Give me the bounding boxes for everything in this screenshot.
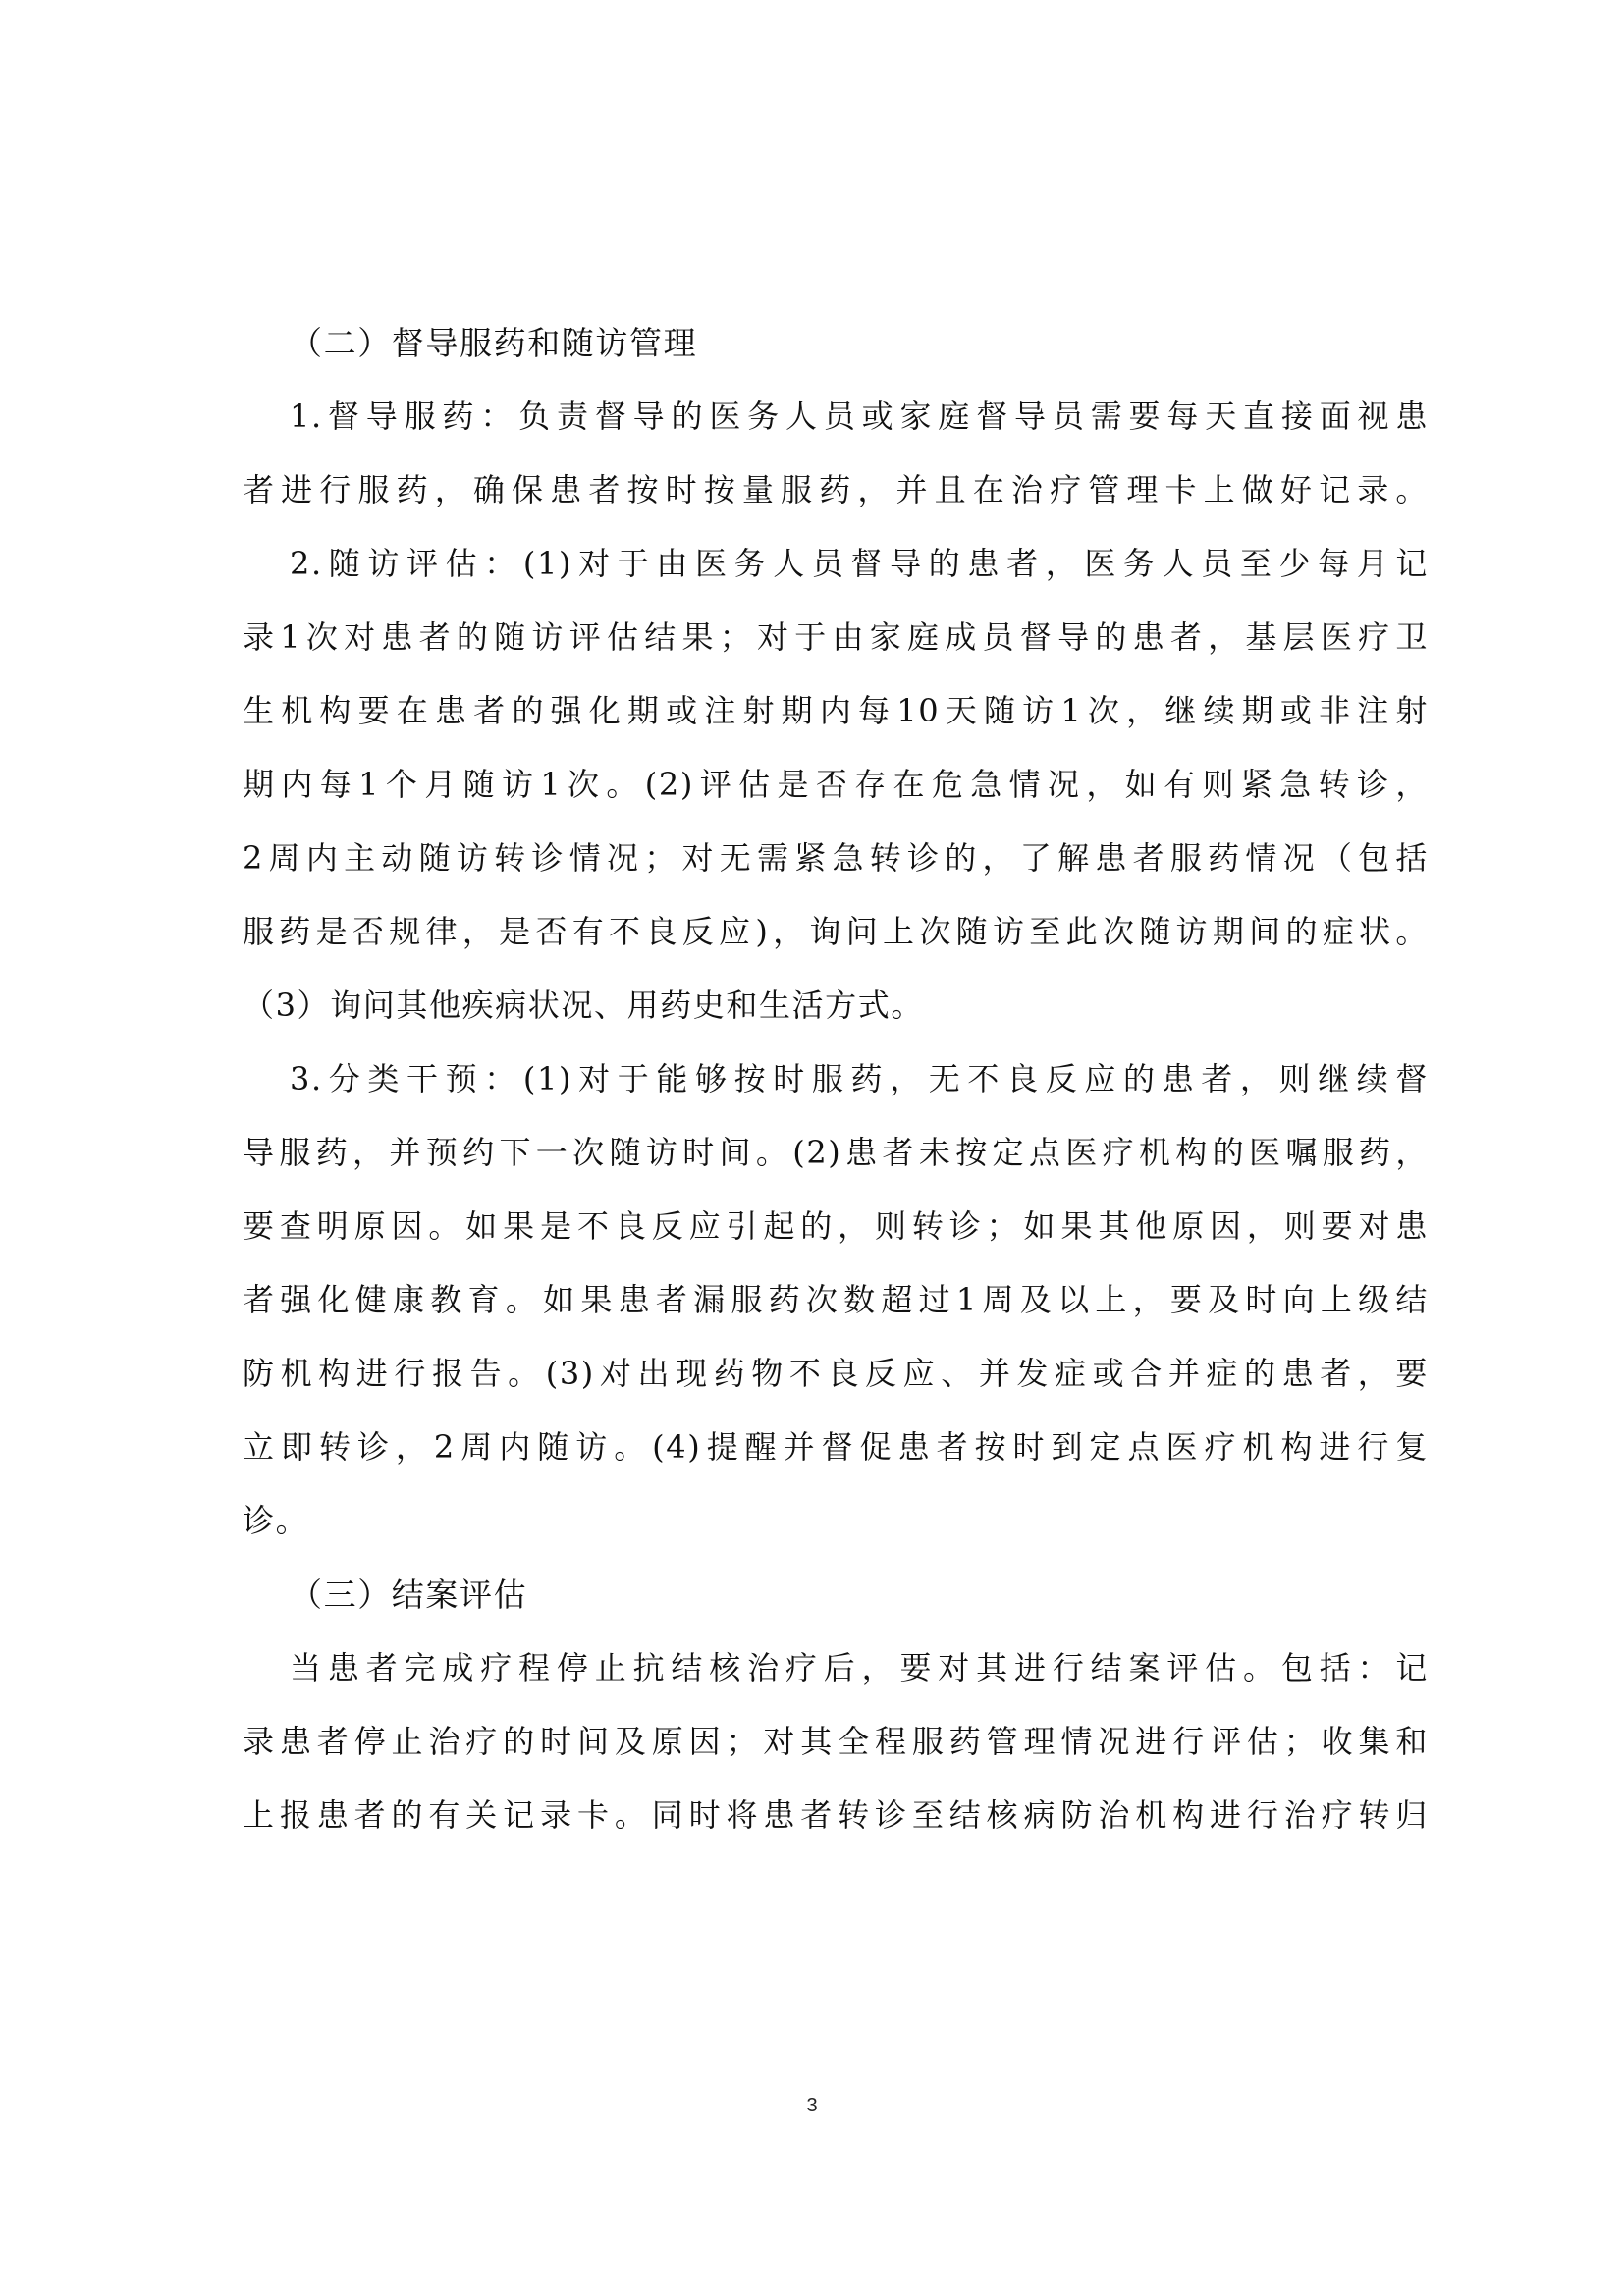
paragraph-line: 立即转诊，2周内随访。(4)提醒并督促患者按时到定点医疗机构进行复 xyxy=(243,1411,1429,1484)
paragraph-line: 者强化健康教育。如果患者漏服药次数超过1周及以上，要及时向上级结 xyxy=(243,1263,1429,1337)
paragraph-line: 服药是否规律，是否有不良反应)，询问上次随访至此次随访期间的症状。 xyxy=(243,895,1429,969)
paragraph-classified-intervention: 3.分类干预：(1)对于能够按时服药，无不良反应的患者，则继续督 导服药，并预约… xyxy=(243,1042,1429,1558)
paragraph-line: （3）询问其他疾病状况、用药史和生活方式。 xyxy=(243,969,1429,1042)
paragraph-line: 3.分类干预：(1)对于能够按时服药，无不良反应的患者，则继续督 xyxy=(243,1042,1429,1116)
paragraph-line: 2.随访评估：(1)对于由医务人员督导的患者，医务人员至少每月记 xyxy=(243,527,1429,601)
paragraph-line: 录1次对患者的随访评估结果；对于由家庭成员督导的患者，基层医疗卫 xyxy=(243,601,1429,674)
document-body: （二）督导服药和随访管理 1.督导服药：负责督导的医务人员或家庭督导员需要每天直… xyxy=(243,306,1429,1852)
paragraph-line: 诊。 xyxy=(243,1484,1429,1558)
paragraph-line: 者进行服药，确保患者按时按量服药，并且在治疗管理卡上做好记录。 xyxy=(243,454,1429,527)
paragraph-line: 录患者停止治疗的时间及原因；对其全程服药管理情况进行评估；收集和 xyxy=(243,1705,1429,1779)
section-heading-supervision-followup: （二）督导服药和随访管理 xyxy=(243,306,1429,380)
paragraph-line: 上报患者的有关记录卡。同时将患者转诊至结核病防治机构进行治疗转归 xyxy=(243,1779,1429,1852)
paragraph-line: 生机构要在患者的强化期或注射期内每10天随访1次，继续期或非注射 xyxy=(243,674,1429,748)
section-heading-case-closure: （三）结案评估 xyxy=(243,1558,1429,1631)
paragraph-line: 要查明原因。如果是不良反应引起的，则转诊；如果其他原因，则要对患 xyxy=(243,1190,1429,1263)
paragraph-supervised-medication: 1.督导服药：负责督导的医务人员或家庭督导员需要每天直接面视患 者进行服药，确保… xyxy=(243,380,1429,527)
paragraph-closure-evaluation: 当患者完成疗程停止抗结核治疗后，要对其进行结案评估。包括：记 录患者停止治疗的时… xyxy=(243,1631,1429,1852)
paragraph-line: 导服药，并预约下一次随访时间。(2)患者未按定点医疗机构的医嘱服药， xyxy=(243,1116,1429,1190)
paragraph-line: 1.督导服药：负责督导的医务人员或家庭督导员需要每天直接面视患 xyxy=(243,380,1429,454)
paragraph-line: 2周内主动随访转诊情况；对无需紧急转诊的，了解患者服药情况（包括 xyxy=(243,822,1429,895)
paragraph-followup-assessment: 2.随访评估：(1)对于由医务人员督导的患者，医务人员至少每月记 录1次对患者的… xyxy=(243,527,1429,1042)
document-page: （二）督导服药和随访管理 1.督导服药：负责督导的医务人员或家庭督导员需要每天直… xyxy=(0,0,1624,2296)
paragraph-line: 防机构进行报告。(3)对出现药物不良反应、并发症或合并症的患者，要 xyxy=(243,1337,1429,1411)
paragraph-line: 当患者完成疗程停止抗结核治疗后，要对其进行结案评估。包括：记 xyxy=(243,1631,1429,1705)
page-number: 3 xyxy=(0,2095,1624,2117)
paragraph-line: 期内每1个月随访1次。(2)评估是否存在危急情况，如有则紧急转诊， xyxy=(243,748,1429,822)
